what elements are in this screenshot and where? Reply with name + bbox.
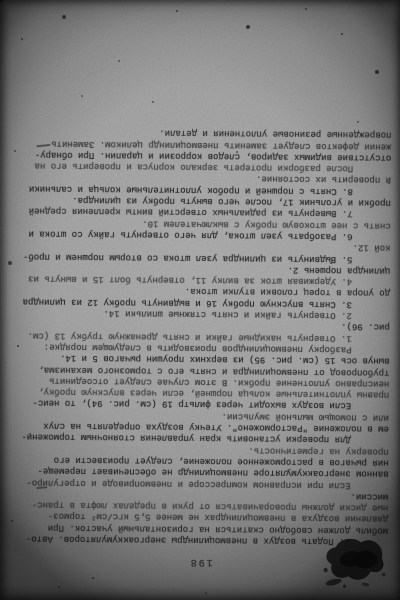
ink-blot (319, 534, 392, 593)
body-text: 2. Подать воздух в пневмоцилиндры энерго… (28, 126, 392, 547)
page-content-rotated-180: 198 2. Подать воздух в пневмоцилиндры эн… (0, 0, 400, 600)
scanned-document-photo: 198 2. Подать воздух в пневмоцилиндры эн… (0, 0, 400, 600)
